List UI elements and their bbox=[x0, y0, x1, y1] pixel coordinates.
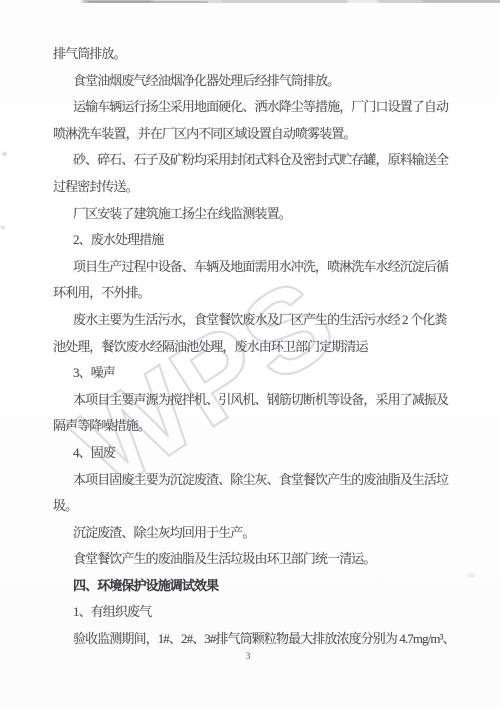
document-line: 喷淋洗车装置，并在厂区内不同区域设置自动喷雾装置。 bbox=[53, 121, 473, 148]
document-line: 过程密封传送。 bbox=[53, 174, 473, 201]
document-line: 沉淀废渣、除尘灰均回用于生产。 bbox=[53, 520, 473, 547]
document-line: 本项目固废主要为沉淀废渣、除尘灰、食堂餐饮产生的废油脂及生活垃 bbox=[53, 467, 473, 494]
document-line: 2、废水处理措施 bbox=[53, 227, 473, 254]
document-line: 圾。 bbox=[53, 493, 473, 520]
document-line: 池处理，餐饮废水经隔油池处理，废水由环卫部门定期清运 bbox=[53, 334, 473, 361]
document-line: 排气筒排放。 bbox=[53, 41, 473, 68]
document-line: 1、有组织废气 bbox=[53, 599, 473, 626]
document-line: 隔声等降噪措施。 bbox=[53, 413, 473, 440]
document-line: 食堂油烟废气经油烟净化器处理后经排气筒排放。 bbox=[53, 68, 473, 95]
document-line: 砂、碎石、石子及矿粉均采用封闭式料仓及密封式贮存罐，原料输送全 bbox=[53, 147, 473, 174]
document-line: 废水主要为生活污水，食堂餐饮废水及厂区产生的生活污水经 2 个化粪 bbox=[53, 307, 473, 334]
document-line: 食堂餐饮产生的废油脂及生活垃圾由环卫部门统一清运。 bbox=[53, 546, 473, 573]
document-line: 厂区安装了建筑施工扬尘在线监测装置。 bbox=[53, 201, 473, 228]
document-body: 排气筒排放。食堂油烟废气经油烟净化器处理后经排气筒排放。运输车辆运行扬尘采用地面… bbox=[53, 41, 473, 653]
scan-speck bbox=[1, 226, 5, 229]
document-line: 4、固废 bbox=[53, 440, 473, 467]
document-line: 环利用，不外排。 bbox=[53, 280, 473, 307]
document-line: 3、噪声 bbox=[53, 360, 473, 387]
scan-artifact-top-dash bbox=[88, 1, 208, 3]
scan-speck bbox=[2, 152, 7, 156]
document-line: 验收监测期间，1#、2#、3#排气筒颗粒物最大排放浓度分别为 4.7mg/m³、 bbox=[53, 626, 473, 653]
page-number: 3 bbox=[0, 652, 496, 662]
document-line: 本项目主要声源为搅拌机、引风机、钢筋切断机等设备，采用了减振及 bbox=[53, 387, 473, 414]
scan-artifact-top-band bbox=[0, 0, 500, 3]
document-page: WPS 排气筒排放。食堂油烟废气经油烟净化器处理后经排气筒排放。运输车辆运行扬尘… bbox=[0, 0, 500, 707]
section-heading-line: 四、环境保护设施调试效果 bbox=[53, 573, 473, 600]
document-line: 运输车辆运行扬尘采用地面硬化、洒水降尘等措施，厂门口设置了自动 bbox=[53, 94, 473, 121]
document-line: 项目生产过程中设备、车辆及地面需用水冲洗，喷淋洗车水经沉淀后循 bbox=[53, 254, 473, 281]
